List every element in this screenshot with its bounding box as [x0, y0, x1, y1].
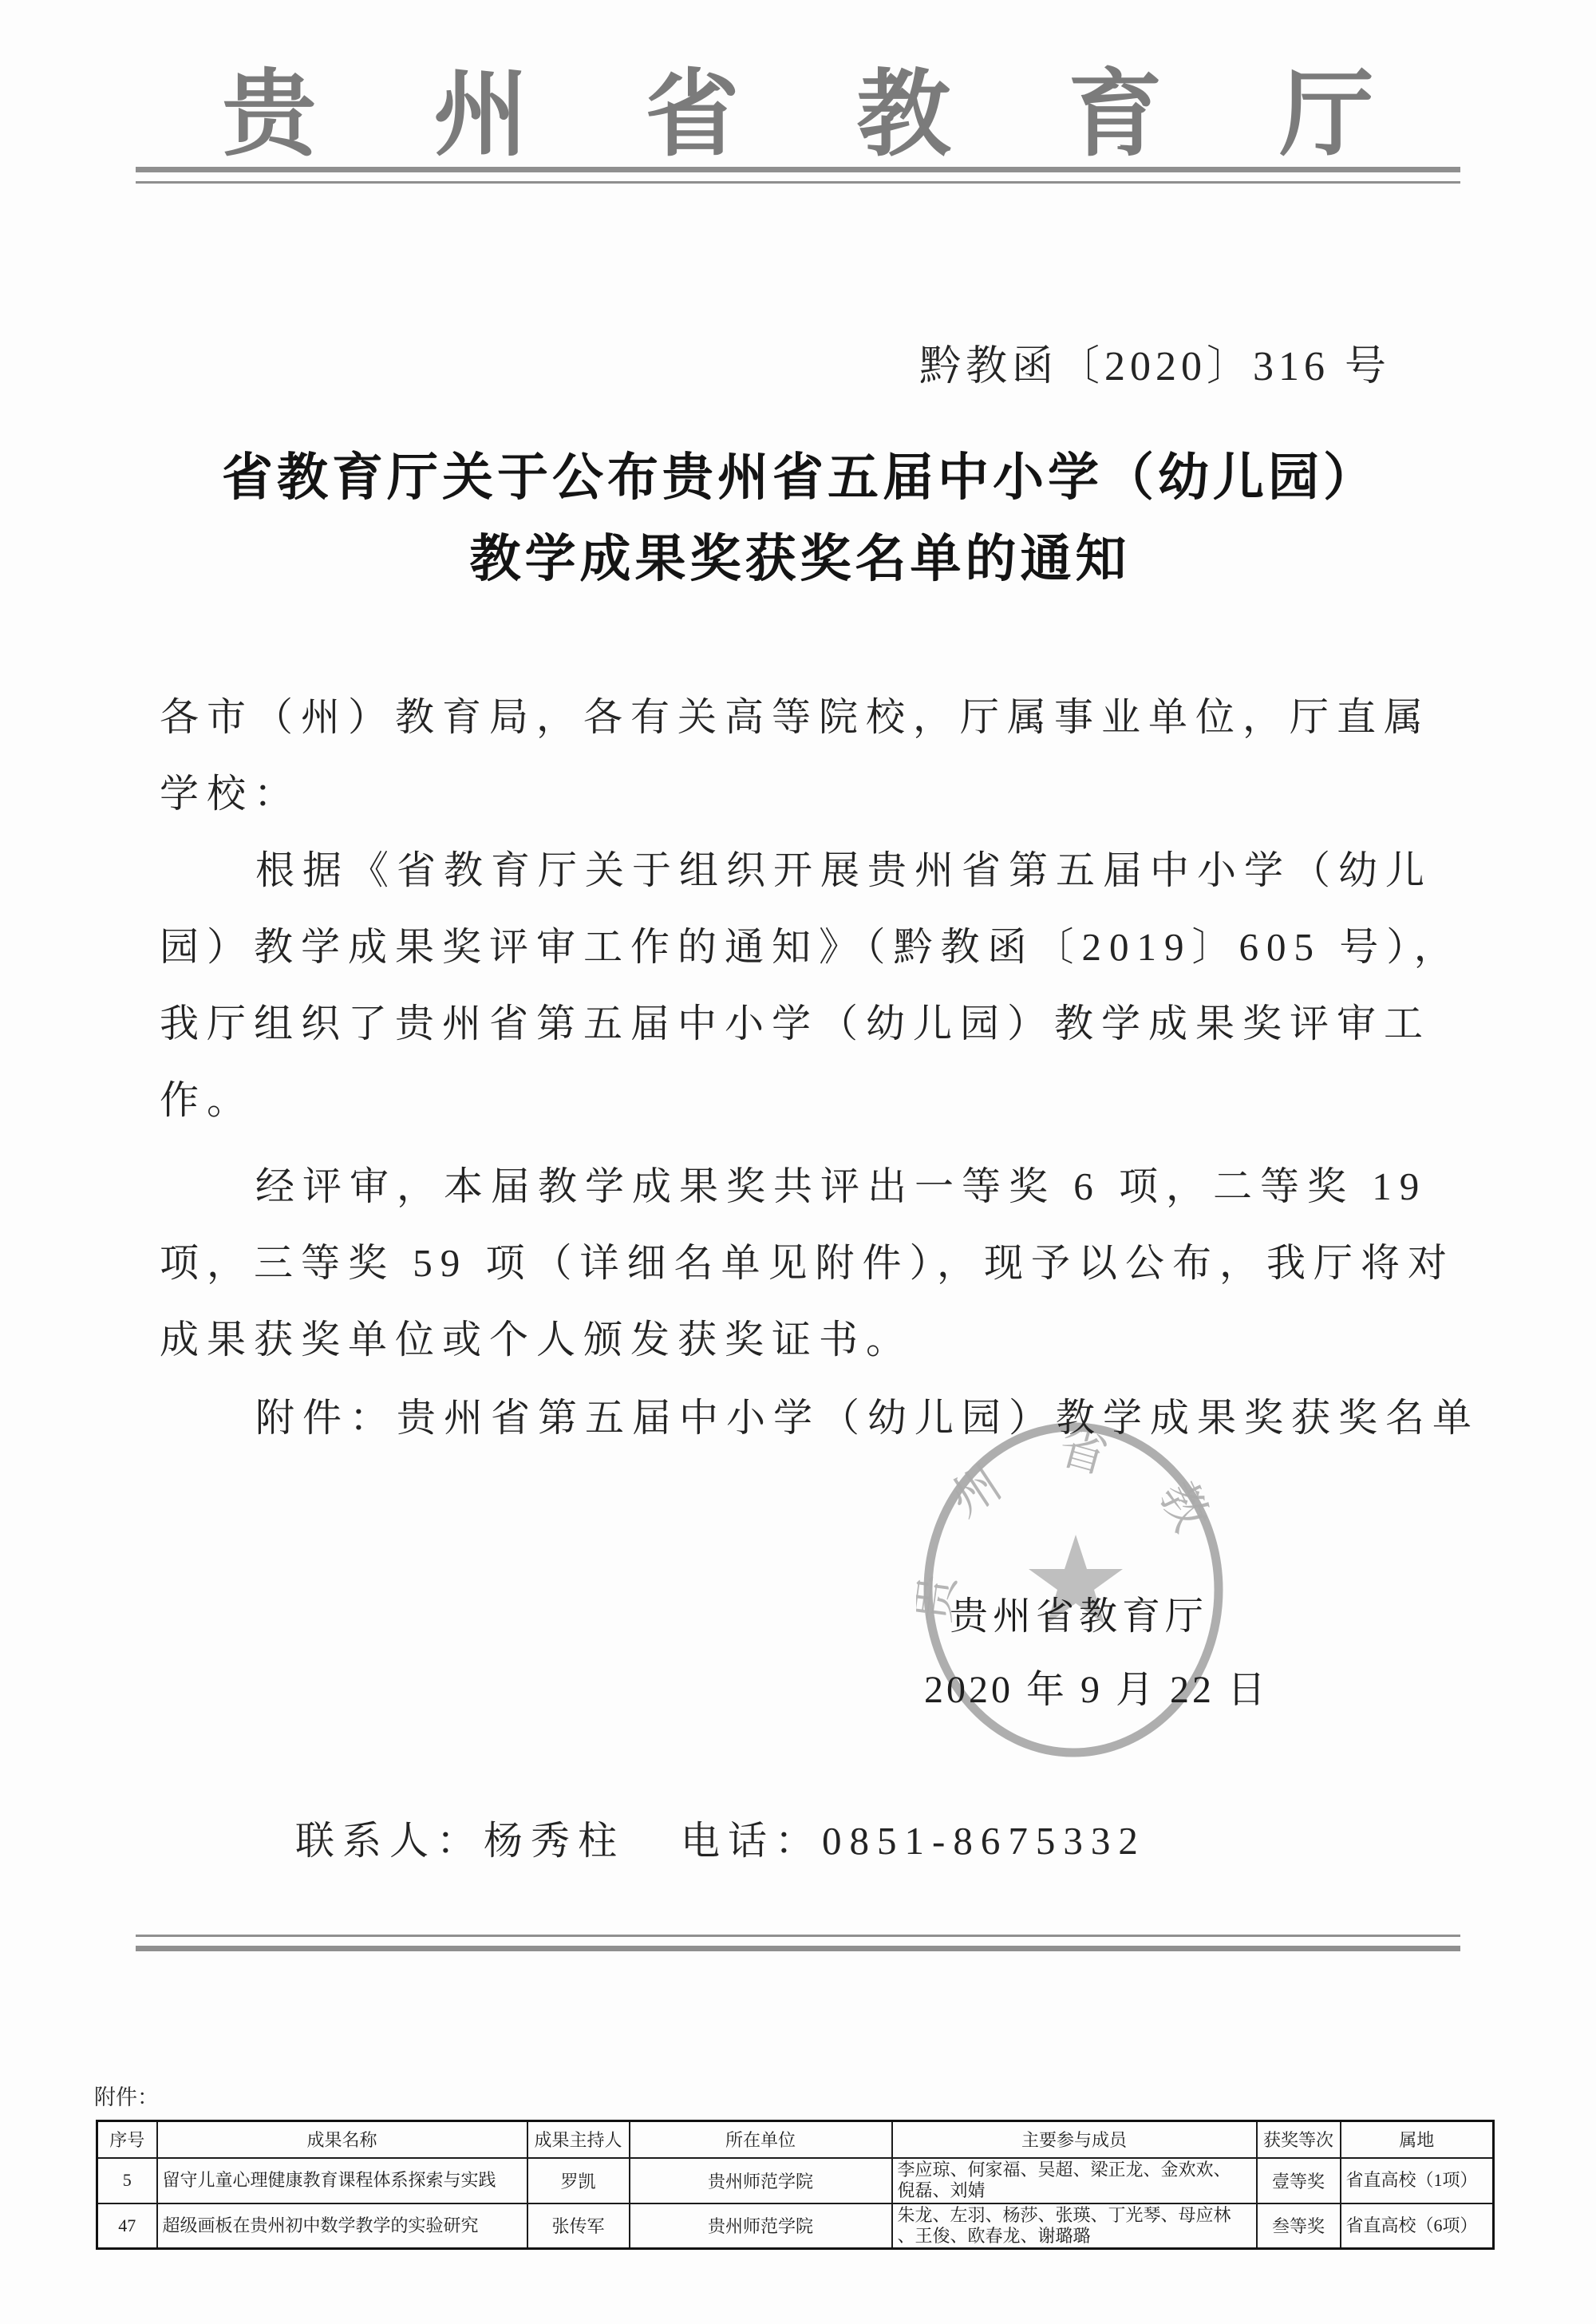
- letterhead-title: 贵州省教育厅: [0, 38, 1596, 174]
- cell-award-level: 壹等奖: [1257, 2158, 1341, 2203]
- letterhead-rule-thick: [136, 167, 1460, 172]
- table-row: 47 超级画板在贵州初中数学教学的实验研究 张传军 贵州师范学院 朱龙、左羽、杨…: [97, 2203, 1494, 2249]
- cell-unit: 贵州师范学院: [630, 2158, 892, 2203]
- col-header-award-level: 获奖等次: [1257, 2121, 1341, 2158]
- document-page: 贵州省教育厅 黔教函〔2020〕316 号 省教育厅关于公布贵州省五届中小学（幼…: [0, 0, 1596, 2324]
- contact-phone: 电话：0851-8675332: [681, 1819, 1146, 1863]
- award-table: 序号 成果名称 成果主持人 所在单位 主要参与成员 获奖等次 属地 5 留守儿童…: [96, 2120, 1495, 2250]
- col-header-participants: 主要参与成员: [892, 2121, 1257, 2158]
- cell-lead: 罗凯: [527, 2158, 630, 2203]
- document-title: 省教育厅关于公布贵州省五届中小学（幼儿园） 教学成果奖获奖名单的通知: [0, 437, 1596, 600]
- signature-date: 2020 年 9 月 22 日: [924, 1658, 1269, 1713]
- document-title-line2: 教学成果奖获奖名单的通知: [4, 519, 1596, 600]
- cell-seq: 5: [97, 2158, 157, 2203]
- cell-award-level: 叁等奖: [1257, 2203, 1341, 2249]
- col-header-region: 属地: [1341, 2121, 1494, 2158]
- paragraph1-line2: 园）教学成果奖评审工作的通知》（黔教函〔2019〕605 号），: [160, 924, 1468, 970]
- cell-result-name: 留守儿童心理健康教育课程体系探索与实践: [157, 2158, 527, 2203]
- col-header-lead: 成果主持人: [527, 2121, 630, 2158]
- attachment-label: 附件：: [94, 2080, 159, 2111]
- attachment-reference-line: 附件：贵州省第五届中小学（幼儿园）教学成果奖获奖名单: [255, 1395, 1564, 1441]
- col-header-unit: 所在单位: [630, 2121, 892, 2158]
- paragraph1-line1: 根据《省教育厅关于组织开展贵州省第五届中小学（幼儿: [255, 848, 1564, 894]
- document-number: 黔教函〔2020〕316 号: [919, 332, 1391, 392]
- signature-organization: 贵州省教育厅: [950, 1585, 1208, 1640]
- cell-participants: 李应琼、何家福、吴超、梁正龙、金欢欢、 倪磊、刘婧: [892, 2158, 1257, 2203]
- letterhead-rule-thin: [136, 181, 1460, 184]
- footer-rule-thin: [136, 1935, 1460, 1937]
- table-row: 5 留守儿童心理健康教育课程体系探索与实践 罗凯 贵州师范学院 李应琼、何家福、…: [97, 2158, 1494, 2203]
- paragraph1-line3: 我厅组织了贵州省第五届中小学（幼儿园）教学成果奖评审工: [160, 1001, 1468, 1047]
- cell-unit: 贵州师范学院: [630, 2203, 892, 2249]
- paragraph1-line4: 作。: [160, 1077, 1468, 1124]
- salutation-line1: 各市（州）教育局，各有关高等院校，厅属事业单位，厅直属: [160, 694, 1468, 741]
- contact-person: 联系人：杨秀柱: [295, 1819, 625, 1863]
- contact-line: 联系人：杨秀柱电话：0851-8675332: [295, 1810, 1146, 1866]
- footer-rule-thick: [136, 1946, 1460, 1951]
- cell-result-name: 超级画板在贵州初中数学教学的实验研究: [157, 2203, 527, 2249]
- document-title-line1: 省教育厅关于公布贵州省五届中小学（幼儿园）: [4, 437, 1596, 519]
- col-header-result-name: 成果名称: [157, 2121, 527, 2158]
- col-header-seq: 序号: [97, 2121, 157, 2158]
- paragraph2-line3: 成果获奖单位或个人颁发获奖证书。: [160, 1317, 1468, 1363]
- cell-region: 省直高校（1项）: [1341, 2158, 1494, 2203]
- cell-participants: 朱龙、左羽、杨莎、张瑛、丁光琴、母应林 、王俊、欧春龙、谢璐璐: [892, 2203, 1257, 2249]
- salutation-line2: 学校：: [160, 771, 1468, 817]
- cell-region: 省直高校（6项）: [1341, 2203, 1494, 2249]
- cell-lead: 张传军: [527, 2203, 630, 2249]
- table-header-row: 序号 成果名称 成果主持人 所在单位 主要参与成员 获奖等次 属地: [97, 2121, 1494, 2158]
- paragraph2-line2: 项，三等奖 59 项（详细名单见附件），现予以公布，我厅将对: [160, 1240, 1468, 1286]
- paragraph2-line1: 经评审，本届教学成果奖共评出一等奖 6 项，二等奖 19: [255, 1164, 1564, 1210]
- cell-seq: 47: [97, 2203, 157, 2249]
